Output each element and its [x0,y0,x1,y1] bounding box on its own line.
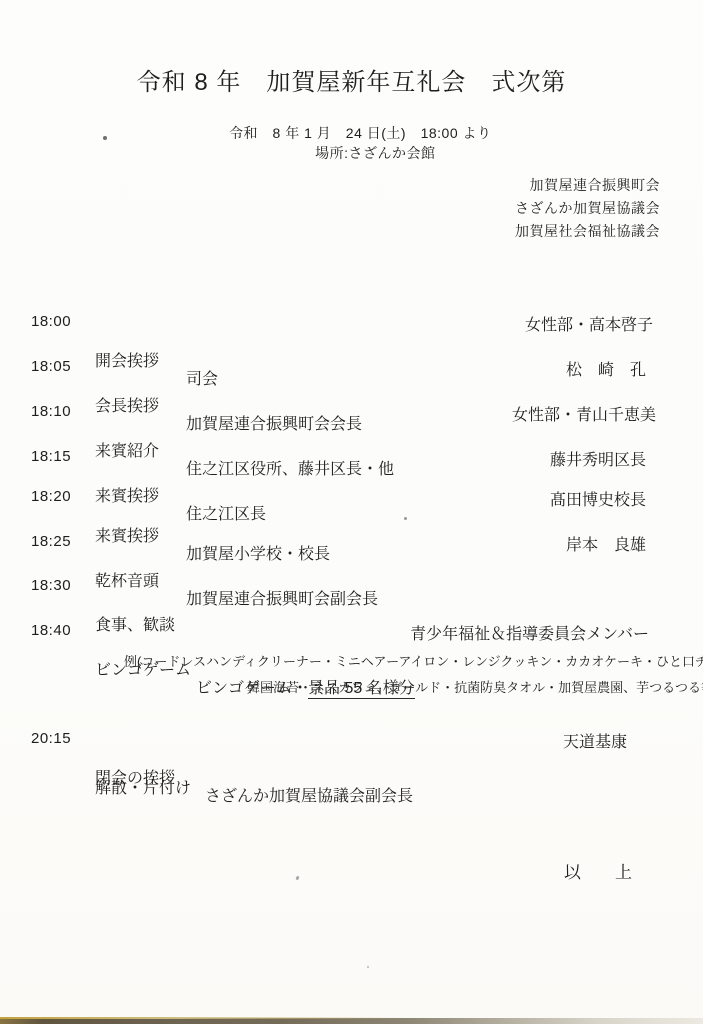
schedule-row: 18:05 会長挨拶 加賀屋連合振興町会会長 松 崎 孔 [0,357,703,377]
event-date: 令和 8 年 1 月 24 日(土) 18:00 より [229,125,491,141]
dismissal-note: 解散・片付け [95,775,191,798]
time-cell: 18:40 [31,622,71,639]
schedule-row: 18:25 乾杯音頭 加賀屋連合振興町会副会長 岸本 良雄 [0,532,703,552]
page-title: 令和 8 年 加賀屋新年互礼会 式次第 [0,62,703,97]
scan-speck [103,136,107,140]
schedule-row: 18:00 開会挨拶 司会 女性部・高本啓子 [0,312,703,332]
organizer-item: さざんか加賀屋協議会 [515,197,660,220]
person-cell: 岸本 良雄 [566,532,646,555]
closing-mark: 以 上 [564,858,632,883]
time-cell: 18:10 [31,403,71,420]
schedule-row-bingo: 18:40 ビンゴゲーム ビンゴゲーム・景品 55 名様分 青少年福祉＆指導委員… [0,621,703,641]
prize-examples-line2: 韓国海苔・ネスカフェ、ゴールド・抗菌防臭タオル・加賀屋農園、芋つるつる等) [247,677,703,696]
date-venue-line: 令和 8 年 1 月 24 日(土) 18:00 より 場所:さざんか会館 [0,107,703,179]
schedule-row: 18:15 来賓挨拶 住之江区長 藤井秀明区長 [0,447,703,467]
time-cell: 18:00 [31,313,71,330]
time-cell: 18:15 [31,448,71,465]
prize-examples-line1: 例(コードレスハンディクリーナー・ミニヘアーアイロン・レンジクッキン・カカオケー… [124,651,703,670]
time-cell: 20:15 [31,730,71,747]
person-cell: 青少年福祉＆指導委員会メンバー [410,621,649,644]
scan-speck [404,517,407,520]
person-cell: 藤井秀明区長 [550,447,646,470]
desc-cell: さざんか加賀屋協議会副会長 [205,783,413,806]
person-cell: 女性部・青山千恵美 [512,402,656,425]
schedule-row: 18:10 来賓紹介 住之江区役所、藤井区長・他 女性部・青山千恵美 [0,402,703,422]
organizer-list: 加賀屋連合振興町会 さざんか加賀屋協議会 加賀屋社会福祉協議会 [515,174,660,243]
schedule-row: 18:20 来賓挨拶 加賀屋小学校・校長 髙田博史校長 [0,487,703,507]
scan-edge-glint [0,1017,408,1019]
time-cell: 18:20 [31,488,71,505]
event-venue: 場所:さざんか会館 [315,145,435,161]
scanned-document-page: 令和 8 年 加賀屋新年互礼会 式次第 令和 8 年 1 月 24 日(土) 1… [0,0,703,1024]
organizer-item: 加賀屋連合振興町会 [515,174,660,197]
time-cell: 18:05 [31,358,71,375]
organizer-item: 加賀屋社会福祉協議会 [515,220,660,243]
schedule-row: 20:15 閉会の挨拶 さざんか加賀屋協議会副会長 天道基康 [0,729,703,749]
person-cell: 天道基康 [563,729,627,752]
person-cell: 松 崎 孔 [566,357,646,380]
scan-speck [295,876,299,881]
schedule-row: 18:30 食事、歓談 [0,576,703,596]
person-cell: 髙田博史校長 [550,487,646,510]
time-cell: 18:30 [31,577,71,594]
time-cell: 18:25 [31,533,71,550]
person-cell: 女性部・高本啓子 [525,312,653,335]
scan-speck [367,966,369,968]
